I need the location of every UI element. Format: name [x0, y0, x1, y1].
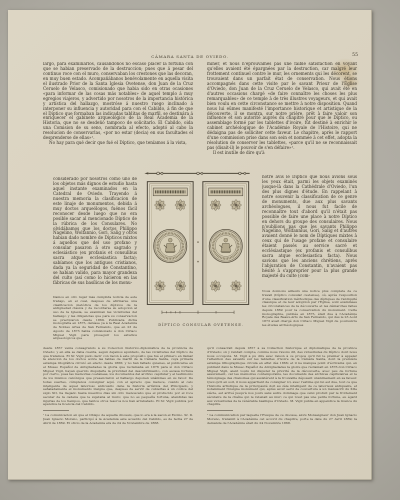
paragraph: notre avis le Díptico que nous avions so…: [262, 175, 357, 279]
footnote-text: ¹ La comunicacion en que el Obispo de aq…: [43, 414, 193, 425]
left-wrap-column-spanish: considerado por nosotros como uno de los…: [53, 177, 137, 290]
book-page: CÁMARA SANTA DE OVIEDO. 55 largo, para e…: [8, 10, 372, 480]
iron-stylus-rod: [144, 172, 249, 175]
footnote-separator: [207, 410, 233, 411]
scale-bar: [162, 311, 234, 314]
left-last-footnote: ¹ La comunicacion en que el Obispo de aq…: [43, 414, 193, 428]
paragraph: No hay para qué decir que fué el Díptico…: [43, 141, 193, 146]
paragraph: miner, et nous n'éprouvâmes pas une faib…: [207, 62, 357, 151]
right-last-footnote: ¹ La communication par laquelle l'Évêque…: [207, 414, 357, 428]
hinge-mark: [197, 261, 199, 263]
left-footnote-wide: desde 1857 venia consagrando á su Colecc…: [43, 347, 193, 407]
diptych-engraving-svg: [141, 169, 255, 321]
hinge-mark: [197, 241, 199, 243]
right-wrap-column-french: notre avis le Díptico que nous avions so…: [262, 175, 357, 285]
page-number: 55: [338, 53, 358, 58]
paragraph: Il est inutile de dire qu'à: [207, 151, 357, 156]
right-footnote-wide: qu'il consacrait depuis 1857 à sa Collec…: [207, 347, 357, 407]
left-column-spanish: largo, para examinarlos, causándonos no …: [43, 62, 193, 168]
right-column-french: miner, et nous n'éprouvâmes pas une faib…: [207, 62, 357, 173]
diptych-left-leaf: [147, 182, 193, 305]
diptych-engraving: [141, 169, 255, 321]
footnote-text: qu'il consacrait depuis 1857 à sa Collec…: [207, 347, 357, 407]
left-footnote-narrow: Damos en otro lugar más cumplida noticia…: [53, 296, 137, 344]
footnote-text: ¹ La communication par laquelle l'Évêque…: [207, 414, 357, 425]
running-header: CÁMARA SANTA DE OVIEDO.: [100, 54, 280, 59]
footnote-text: desde 1857 venia consagrando á su Colecc…: [43, 347, 193, 407]
figure-caption: DÍPTICO CONSULAR OVETENSE.: [128, 323, 274, 327]
footnote-separator: [43, 410, 69, 411]
diptych-right-leaf: [203, 182, 249, 305]
paragraph: largo, para examinarlos, causándonos no …: [43, 62, 193, 141]
footnote-text: Nous donnons ailleurs une notice plus co…: [262, 290, 357, 328]
photo-backdrop: { "colors": { "paper": "#dad3c1", "backd…: [0, 0, 400, 500]
footnote-text: Damos en otro lugar más cumplida noticia…: [53, 296, 137, 341]
paragraph: considerado por nosotros como uno de los…: [53, 177, 137, 286]
right-footnote-narrow: Nous donnons ailleurs une notice plus co…: [262, 290, 357, 344]
